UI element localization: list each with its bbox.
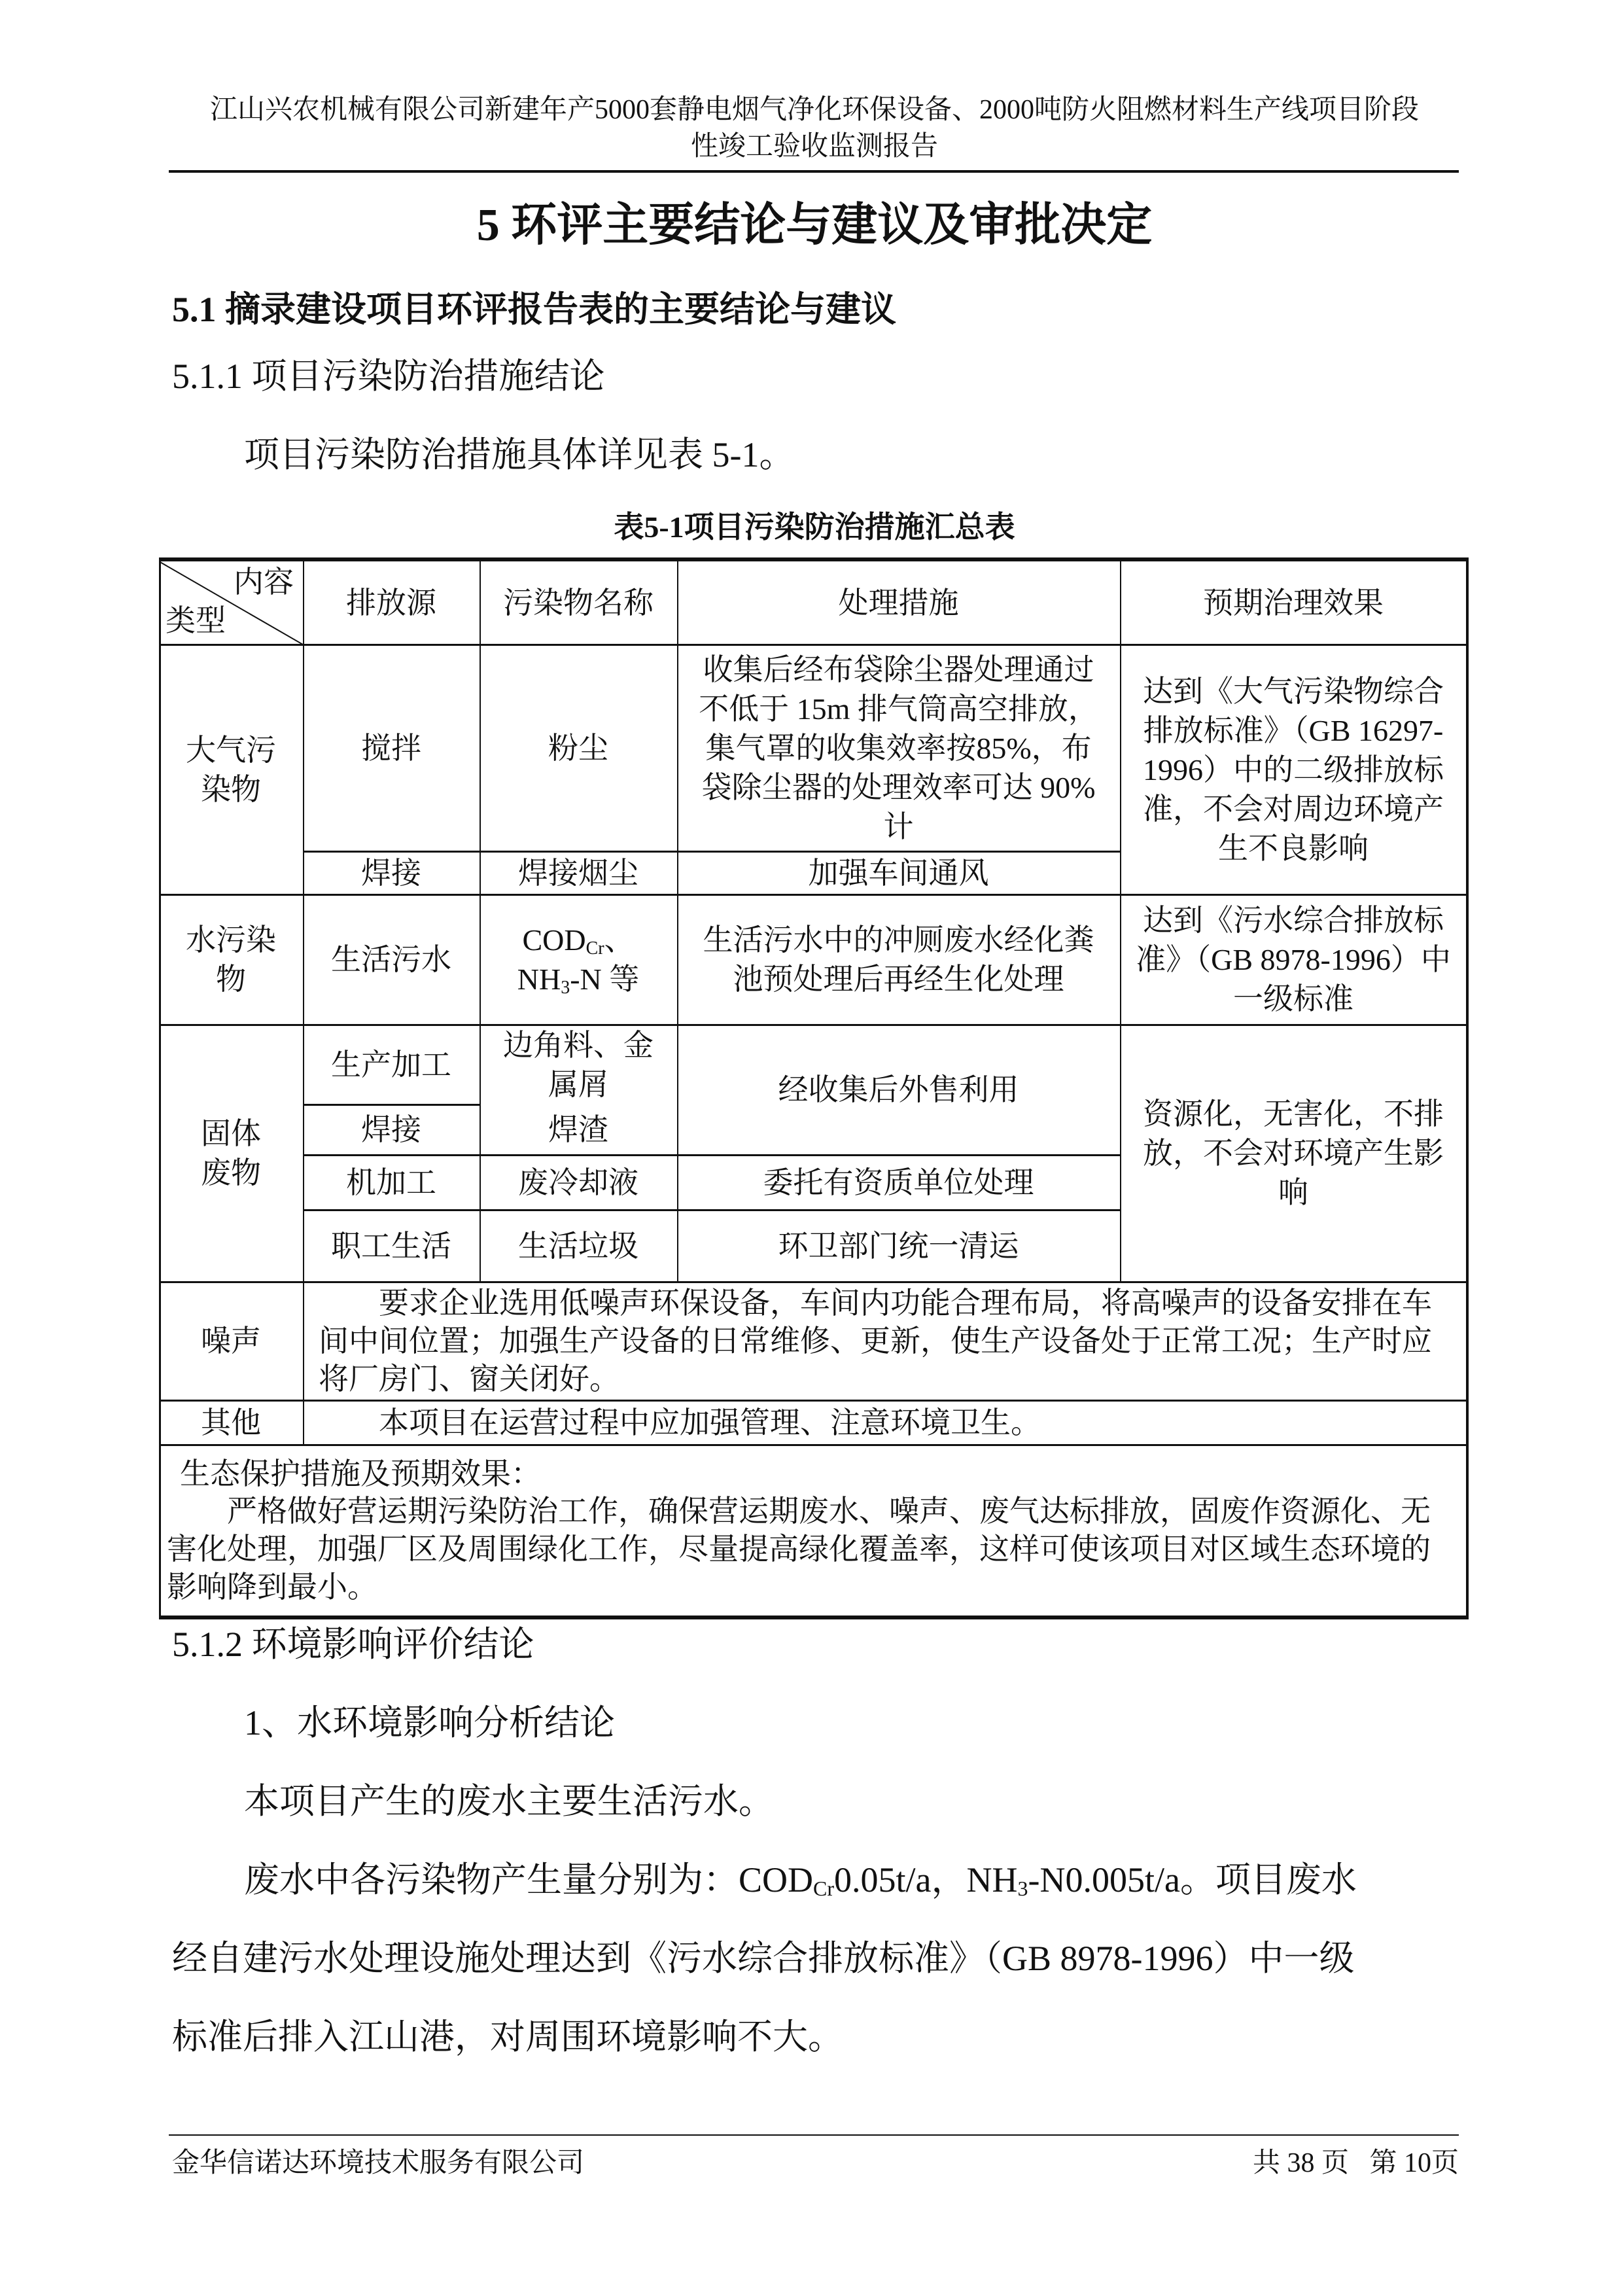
air-measure-dust: 收集后经布袋除尘器处理通过不低于 15m 排气筒高空排放，集气罩的收集效率按85… bbox=[677, 646, 1120, 851]
header-divider bbox=[169, 170, 1459, 173]
eco-title: 生态保护措施及预期效果： bbox=[167, 1456, 541, 1492]
solid-pollutant-coolant: 废冷却液 bbox=[480, 1156, 677, 1209]
water-impact-p4: 标准后排入江山港，对周围环境影响不大。 bbox=[172, 2014, 843, 2060]
air-pollutant-dust: 粉尘 bbox=[480, 646, 677, 851]
cod-label: COD bbox=[522, 923, 585, 957]
section-title-5-1-1: 5.1.1 项目污染防治措施结论 bbox=[172, 353, 605, 399]
section-title-5-1-2: 5.1.2 环境影响评价结论 bbox=[172, 1621, 534, 1667]
solid-pollutant-slag: 焊渣 bbox=[480, 1106, 677, 1154]
header-measure: 处理措施 bbox=[677, 561, 1120, 645]
solid-source-processing: 生产加工 bbox=[303, 1026, 480, 1104]
solid-source-welding: 焊接 bbox=[303, 1106, 480, 1154]
type-other: 其他 bbox=[159, 1402, 303, 1444]
water-measure: 生活污水中的冲厕废水经化粪池预处理后再经生化处理 bbox=[677, 896, 1120, 1024]
water-pollutant-cod: CODCr、 bbox=[522, 921, 634, 960]
header-effect: 预期治理效果 bbox=[1120, 561, 1467, 645]
p2-subscript-cr: Cr bbox=[813, 1877, 834, 1900]
solid-source-machining: 机加工 bbox=[303, 1156, 480, 1209]
pollution-measures-table: 内容 类型 排放源 污染物名称 处理措施 预期治理效果 大气污染物 搅拌 粉尘 … bbox=[159, 557, 1469, 1619]
header-source: 排放源 bbox=[303, 561, 480, 645]
solid-effect: 资源化，无害化，不排放，不会对环境产生影响 bbox=[1120, 1026, 1467, 1281]
footer-company: 金华信诺达环境技术服务有限公司 bbox=[172, 2145, 584, 2181]
eco-protection-cell: 生态保护措施及预期效果： 严格做好营运期污染防治工作，确保营运期废水、噪声、废气… bbox=[159, 1446, 1466, 1616]
type-water: 水污染物 bbox=[159, 896, 303, 1024]
footer-page-number: 共 38 页 第 10页 bbox=[1253, 2145, 1459, 2181]
page-header: 江山兴农机械有限公司新建年产5000套静电烟气净化环保设备、2000吨防火阻燃材… bbox=[157, 92, 1472, 165]
nh3-subscript: 3 bbox=[561, 978, 570, 998]
p2-text-b: 0.05t/a，NH bbox=[834, 1860, 1017, 1899]
eco-text: 严格做好营运期污染防治工作，确保营运期废水、噪声、废气达标排放，固废作资源化、无… bbox=[167, 1492, 1458, 1606]
water-effect: 达到《污水综合排放标准》（GB 8978-1996）中一级标准 bbox=[1120, 896, 1467, 1024]
page-header-line1: 江山兴农机械有限公司新建年产5000套静电烟气净化环保设备、2000吨防火阻燃材… bbox=[157, 92, 1472, 128]
p2-text-c: -N0.005t/a。项目废水 bbox=[1028, 1860, 1356, 1899]
water-pollutant-nh3: NH3-N 等 bbox=[517, 960, 640, 999]
chapter-title: 5 环评主要结论与建议及审批决定 bbox=[157, 196, 1472, 255]
solid-pollutant-scrap: 边角料、金属屑 bbox=[480, 1026, 677, 1104]
solid-measure-entrust: 委托有资质单位处理 bbox=[677, 1156, 1120, 1209]
header-diagonal-cell: 内容 类型 bbox=[159, 557, 303, 645]
water-source: 生活污水 bbox=[303, 896, 480, 1024]
table-caption: 表5-1项目污染防治措施汇总表 bbox=[157, 508, 1472, 547]
air-effect: 达到《大气污染物综合排放标准》（GB 16297-1996）中的二级排放标准，不… bbox=[1120, 646, 1467, 894]
header-content-label: 内容 bbox=[234, 564, 294, 601]
solid-measure-sold: 经收集后外售利用 bbox=[677, 1026, 1120, 1154]
air-source-welding: 焊接 bbox=[303, 853, 480, 894]
section-title-5-1: 5.1 摘录建设项目环评报告表的主要结论与建议 bbox=[172, 287, 896, 332]
header-pollutant: 污染物名称 bbox=[480, 561, 677, 645]
type-air: 大气污染物 bbox=[159, 646, 303, 894]
water-impact-p3: 经自建污水处理设施处理达到《污水综合排放标准》（GB 8978-1996）中一级 bbox=[172, 1935, 1355, 1981]
p2-text-a: 废水中各污染物产生量分别为：COD bbox=[244, 1860, 813, 1899]
nh3-label: NH bbox=[517, 963, 561, 996]
air-source-mixing: 搅拌 bbox=[303, 646, 480, 851]
water-impact-p1: 本项目产生的废水主要生活污水。 bbox=[244, 1778, 774, 1824]
noise-measures: 要求企业选用低噪声环保设备，车间内功能合理布局，将高噪声的设备安排在车间中间位置… bbox=[304, 1283, 1466, 1400]
header-type-label: 类型 bbox=[166, 603, 226, 639]
cod-tail: 、 bbox=[604, 923, 635, 957]
other-measures: 本项目在运营过程中应加强管理、注意环境卫生。 bbox=[304, 1402, 1466, 1444]
footer-divider bbox=[169, 2134, 1459, 2136]
solid-measure-sanitation: 环卫部门统一清运 bbox=[677, 1211, 1120, 1281]
table-border-bottom bbox=[159, 1616, 1469, 1619]
cod-subscript: Cr bbox=[586, 938, 604, 959]
nh3-tail: -N 等 bbox=[570, 963, 639, 996]
solid-source-staff: 职工生活 bbox=[303, 1211, 480, 1281]
water-impact-p2: 废水中各污染物产生量分别为：CODCr0.05t/a，NH3-N0.005t/a… bbox=[244, 1857, 1357, 1903]
type-solid: 固体废物 bbox=[159, 1026, 303, 1281]
type-noise: 噪声 bbox=[159, 1283, 303, 1400]
air-pollutant-welding-fume: 焊接烟尘 bbox=[480, 853, 677, 894]
intro-paragraph: 项目污染防治措施具体详见表 5-1。 bbox=[244, 432, 794, 478]
water-impact-heading: 1、水环境影响分析结论 bbox=[244, 1700, 615, 1746]
page-header-line2: 性竣工验收监测报告 bbox=[157, 128, 1472, 165]
p2-subscript-3: 3 bbox=[1017, 1877, 1028, 1900]
water-pollutants: CODCr、 NH3-N 等 bbox=[480, 896, 677, 1024]
air-measure-ventilation: 加强车间通风 bbox=[677, 853, 1120, 894]
solid-pollutant-garbage: 生活垃圾 bbox=[480, 1211, 677, 1281]
